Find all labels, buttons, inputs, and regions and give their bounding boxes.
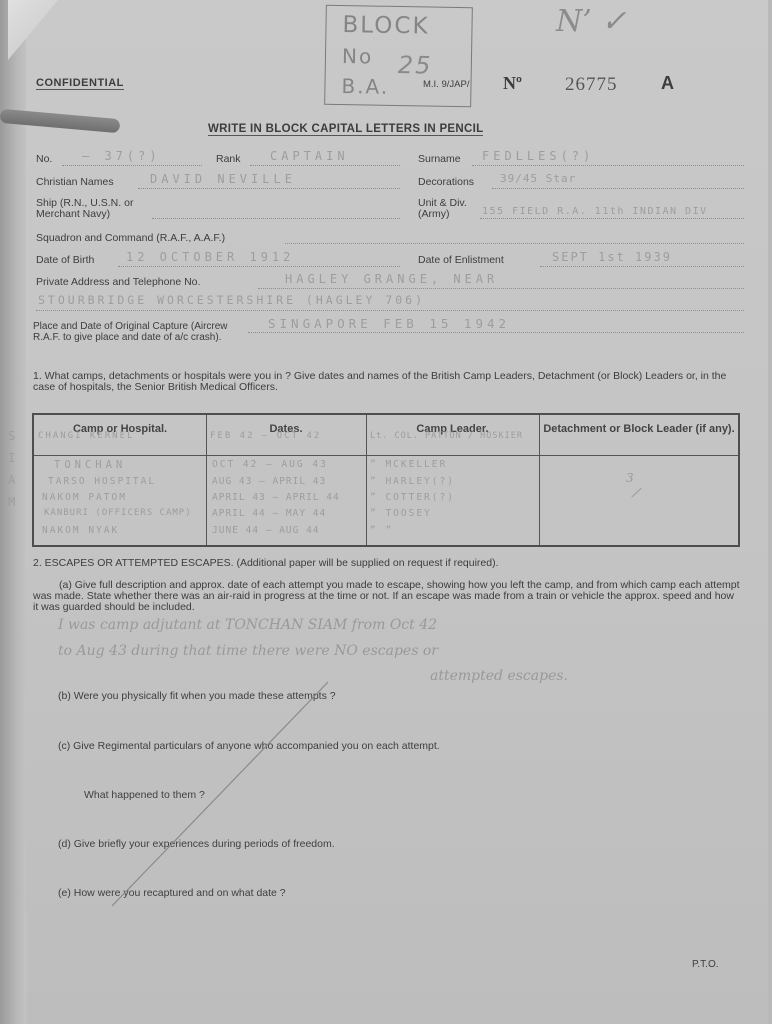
table-row-0-leader: Lt. COL. PATTON / HOSKIER xyxy=(370,431,523,441)
field-no-label: No. xyxy=(36,153,52,165)
table-row-0-dates: FEB 42 – OCT 42 xyxy=(210,431,321,441)
margin-note-siam: SIAM xyxy=(8,425,20,513)
camps-table: Camp or Hospital. Dates. Camp Leader. De… xyxy=(32,413,740,547)
answer-a-line3: attempted escapes. xyxy=(430,668,568,684)
field-unit-value[interactable]: 155 FIELD R.A. 11th INDIAN DIV xyxy=(482,206,708,217)
table-row-4-camp: KANBURI (OFFICERS CAMP) xyxy=(44,508,192,518)
stamp-ba: B.A. xyxy=(341,74,389,99)
field-enlistment-label: Date of Enlistment xyxy=(418,254,504,266)
serial-suffix: A xyxy=(661,73,674,94)
table-row-2-leader: ” HARLEY(?) xyxy=(370,476,455,487)
table-row-2-detachment: / xyxy=(631,485,641,502)
section1-question: 1. What camps, detachments or hospitals … xyxy=(33,371,745,393)
field-no-value[interactable]: — 37(?) xyxy=(82,149,161,163)
stamp-handwritten-number: 25 xyxy=(398,51,433,80)
table-row-5-dates: JUNE 44 – AUG 44 xyxy=(212,525,320,536)
field-address-label: Private Address and Telephone No. xyxy=(36,276,200,288)
table-row-3-leader: ” COTTER(?) xyxy=(370,492,455,503)
field-address-value-line1[interactable]: HAGLEY GRANGE, NEAR xyxy=(285,272,498,286)
instruction-heading: WRITE IN BLOCK CAPITAL LETTERS IN PENCIL xyxy=(208,123,483,136)
stamp-no: No xyxy=(342,44,374,69)
table-row-3-camp: NAKOM PATOM xyxy=(42,492,127,503)
number-label: Nº xyxy=(503,73,522,94)
field-unit-label: Unit & Div. (Army) xyxy=(418,198,488,220)
stamp-block: BLOCK xyxy=(342,12,429,40)
field-surname-label: Surname xyxy=(418,153,461,165)
form-reference: M.I. 9/JAP/ xyxy=(423,79,469,90)
field-address-value-line2[interactable]: STOURBRIDGE WORCESTERSHIRE (HAGLEY 706) xyxy=(38,293,425,307)
serial-number: 26775 xyxy=(565,74,618,96)
confidential-label: CONFIDENTIAL xyxy=(36,77,124,90)
table-row-4-dates: APRIL 44 – MAY 44 xyxy=(212,508,326,519)
field-enlistment-value[interactable]: SEPT 1st 1939 xyxy=(552,250,672,264)
table-row-5-camp: NAKOM NYAK xyxy=(42,525,119,536)
field-dob-value[interactable]: 12 OCTOBER 1912 xyxy=(126,250,294,264)
field-christian-names-value[interactable]: DAVID NEVILLE xyxy=(150,172,296,186)
table-row-2-dates: AUG 43 – APRIL 43 xyxy=(212,476,326,487)
table-row-0-camp: CHANGI KERNEL xyxy=(38,431,134,441)
column-header-detachment-leader: Detachment or Block Leader (if any). xyxy=(539,423,739,435)
field-decorations-value[interactable]: 39/45 Star xyxy=(500,172,576,185)
answer-a-line1: I was camp adjutant at TONCHAN SIAM from… xyxy=(58,617,437,633)
field-christian-names-label: Christian Names xyxy=(36,176,114,188)
field-ship-label: Ship (R.N., U.S.N. or Merchant Navy) xyxy=(36,198,166,220)
field-rank-label: Rank xyxy=(216,153,241,165)
field-dob-label: Date of Birth xyxy=(36,254,94,266)
table-row-3-dates: APRIL 43 – APRIL 44 xyxy=(212,492,340,503)
block-stamp: BLOCK No B.A. 25 xyxy=(324,5,473,108)
table-row-1-dates: OCT 42 – AUG 43 xyxy=(212,459,328,470)
table-row-2-camp: TARSO HOSPITAL xyxy=(48,476,156,487)
table-row-5-leader: ” ” xyxy=(370,525,393,536)
field-decorations-label: Decorations xyxy=(418,176,474,188)
table-row-1-camp: TONCHAN xyxy=(54,459,126,471)
answer-a-line2: to Aug 43 during that time there were NO… xyxy=(58,643,438,659)
handwritten-mark: N’ ✓ xyxy=(556,4,626,39)
field-capture-value[interactable]: SINGAPORE FEB 15 1942 xyxy=(268,316,510,331)
section2-title: 2. ESCAPES OR ATTEMPTED ESCAPES. (Additi… xyxy=(33,557,499,569)
section2-question-a: (a) Give full description and approx. da… xyxy=(33,580,741,613)
table-row-4-leader: ” TOOSEY xyxy=(370,508,432,519)
table-row-1-detachment: 3 xyxy=(626,471,634,485)
field-rank-value[interactable]: CAPTAIN xyxy=(270,149,349,163)
diagonal-pencil-line xyxy=(100,680,340,910)
field-surname-value[interactable]: FEDLLES(?) xyxy=(482,149,594,163)
field-capture-label: Place and Date of Original Capture (Airc… xyxy=(33,321,248,343)
table-row-1-leader: ” MCKELLER xyxy=(370,459,447,470)
pto-label: P.T.O. xyxy=(692,959,719,970)
field-squadron-label: Squadron and Command (R.A.F., A.A.F.) xyxy=(36,232,225,244)
